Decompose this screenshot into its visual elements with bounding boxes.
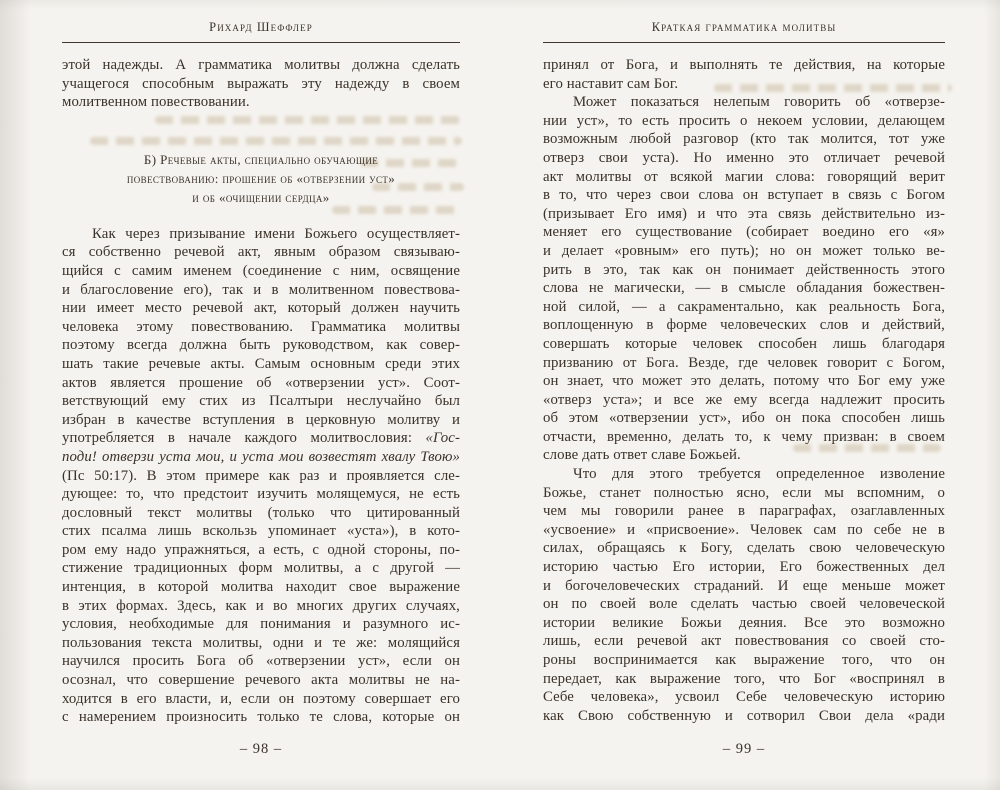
page-edge-shadow [0,0,1000,10]
page-left: Рихард Шеффлер этой надежды. А грамматик… [62,20,460,775]
text-line: возможным любой разговор (кто так молитс… [543,130,945,149]
text-line: поди! отверзи уста мои, и уста мои возве… [62,448,460,467]
text-line: стих псалма лишь вскользь упоминает «уст… [62,522,460,541]
text-line: молитвенном повествовании. [62,93,460,112]
page-right: Краткая грамматика молитвы принял от Бог… [543,20,945,775]
text-line: этой надежды. А грамматика молитвы должн… [62,56,460,75]
text-line: употребляется в начале каждого молитвосл… [62,429,460,448]
text-line: отчасти, временно, делать то, к чему при… [543,428,945,447]
text-line: учащегося способным выражать эту надежду… [62,75,460,94]
text-line: как Свою собственную и сотворил Свои дел… [543,707,945,726]
text-line: Что для этого требуется определенное изв… [543,465,945,484]
text-line: «отверз уста»; и все же ему всегда надле… [543,391,945,410]
text-line: и делает «ровным» его путь); но он может… [543,242,945,261]
page-number: – 99 – [543,741,945,758]
text-line: Как через призывание имени Божьего осуще… [62,225,460,244]
text-line: Себе человека», усвоил Себе человеческую… [543,688,945,707]
text-line: щийся с самим именем (соединение с ним, … [62,262,460,281]
text-line: Может показаться нелепым говорить об «от… [543,93,945,112]
paragraph: Как через призывание имени Божьего осуще… [62,225,460,727]
text-line: нии уст», то есть просить о некоем услов… [543,112,945,131]
text-line: в то, что через свои слова он вступает в… [543,186,945,205]
running-header: Рихард Шеффлер [62,20,460,43]
text-line: ся собственно речевой акт, явным образом… [62,243,460,262]
text-line: принял от Бога, и выполнять те действия,… [543,56,945,75]
text-line: научился просить Бога об «отверзении уст… [62,652,460,671]
text-line: и богочеловеческих страданий. И еще мень… [543,577,945,596]
text-line: ной силой, — а сакраментально, как реаль… [543,298,945,317]
text-line: Б) Речевые акты, специально обучающие [62,150,460,169]
text-line: силах, обращаясь к Богу, сделать свою че… [543,539,945,558]
text-line: повествованию: прошение об «отверзении у… [62,169,460,188]
page-edge-shadow [0,778,1000,790]
text-line: совершать которые человек способен лишь … [543,335,945,354]
text-line: акт молитвы от всякой магии слова: говор… [543,168,945,187]
text-line: рить в это, так как он понимает действен… [543,261,945,280]
text-line: шать такие речевые акты. Самым основным … [62,355,460,374]
text-line: он по своей воле сделать частью своей че… [543,595,945,614]
text-line: и об «очищении сердца» [62,188,460,207]
text-line: с намерением произносить только те слова… [62,708,460,727]
text-line: он знает, что может это делать, потому ч… [543,372,945,391]
text-line: (Пс 50:17). В этом примере как раз и про… [62,467,460,486]
text-line: Божье, станет полностью ясно, если мы вс… [543,484,945,503]
text-line: воплощенную в форме человеческих слов и … [543,316,945,335]
page-edge-shadow [0,0,30,790]
text-line: пользования текста молитвы, одни и те же… [62,634,460,653]
text-line: осознал, что совершение речевого акта мо… [62,671,460,690]
text-line: избран в качестве вступления в церковную… [62,411,460,430]
text-line: ветствующий ему стих из Псалтыри неслуча… [62,392,460,411]
text-line: передает, как выражение того, что Бог «в… [543,670,945,689]
text-line: об этом «отверзении уст», ибо он пока сп… [543,409,945,428]
text-line: дующее: то, что предстоит изучить моляще… [62,485,460,504]
text-line: нии имеет место речевой акт, который дол… [62,299,460,318]
paragraph: Может показаться нелепым говорить об «от… [543,93,945,465]
text-line: условия, необходимые для понимания и раз… [62,615,460,634]
text-line: лишь, если речевой акт повествования со … [543,632,945,651]
text-line: и благословение его), так и в молитвенно… [62,281,460,300]
text-line: интенция, в которой молитва находит свое… [62,578,460,597]
text-line: роны воспринимается как выражение того, … [543,651,945,670]
page-number: – 98 – [62,741,460,758]
section-heading: Б) Речевые акты, специально обучающиепов… [62,150,460,207]
text-line: «усвоение» и «присвоение». Человек сам п… [543,521,945,540]
running-header: Краткая грамматика молитвы [543,20,945,43]
text-line: ром ему надо упражняться, а есть, с одно… [62,541,460,560]
text-line: актов является прошение об «отверзении у… [62,374,460,393]
text-line: ходится в его власти, и, если он поэтому… [62,690,460,709]
page-content: этой надежды. А грамматика молитвы должн… [62,56,460,727]
text-line: истории великие Божьи деяния. Все это во… [543,614,945,633]
text-line: слова не магически, — в смысле обладания… [543,279,945,298]
text-line: отверз свои уста). Но именно это отличае… [543,149,945,168]
page-edge-shadow [984,0,1000,790]
page-content: принял от Бога, и выполнять те действия,… [543,56,945,725]
paragraph: принял от Бога, и выполнять те действия,… [543,56,945,93]
paragraph: этой надежды. А грамматика молитвы должн… [62,56,460,112]
text-line: дословный текст молитвы (только что цити… [62,504,460,523]
text-line: стижение традиционных форм молитвы, а с … [62,559,460,578]
text-line: чем мы говорили ранее в параграфах, озаг… [543,502,945,521]
text-line: в этих формах. Здесь, как и во многих др… [62,597,460,616]
text-line: человека этому повествованию. Грамматика… [62,318,460,337]
italic-text: поди! отверзи уста мои, и уста мои возве… [62,449,460,465]
text-line: (призывает Его имя) и что эта связь дейс… [543,205,945,224]
text-line: историю частью Его истории, Его божестве… [543,558,945,577]
text-line: слове дать ответ славе Божьей. [543,446,945,465]
text-line: призванию от Бога. Везде, где человек го… [543,354,945,373]
text-segment: употребляется в начале каждого молитвосл… [62,430,426,446]
text-line: его наставит сам Бог. [543,75,945,94]
text-line: меняет его существование (собирает воеди… [543,223,945,242]
paragraph: Что для этого требуется определенное изв… [543,465,945,725]
book-spread: Рихард Шеффлер этой надежды. А грамматик… [0,0,1000,790]
italic-text: «Гос- [426,430,460,446]
text-line: поэтому всегда должна быть руководством,… [62,336,460,355]
